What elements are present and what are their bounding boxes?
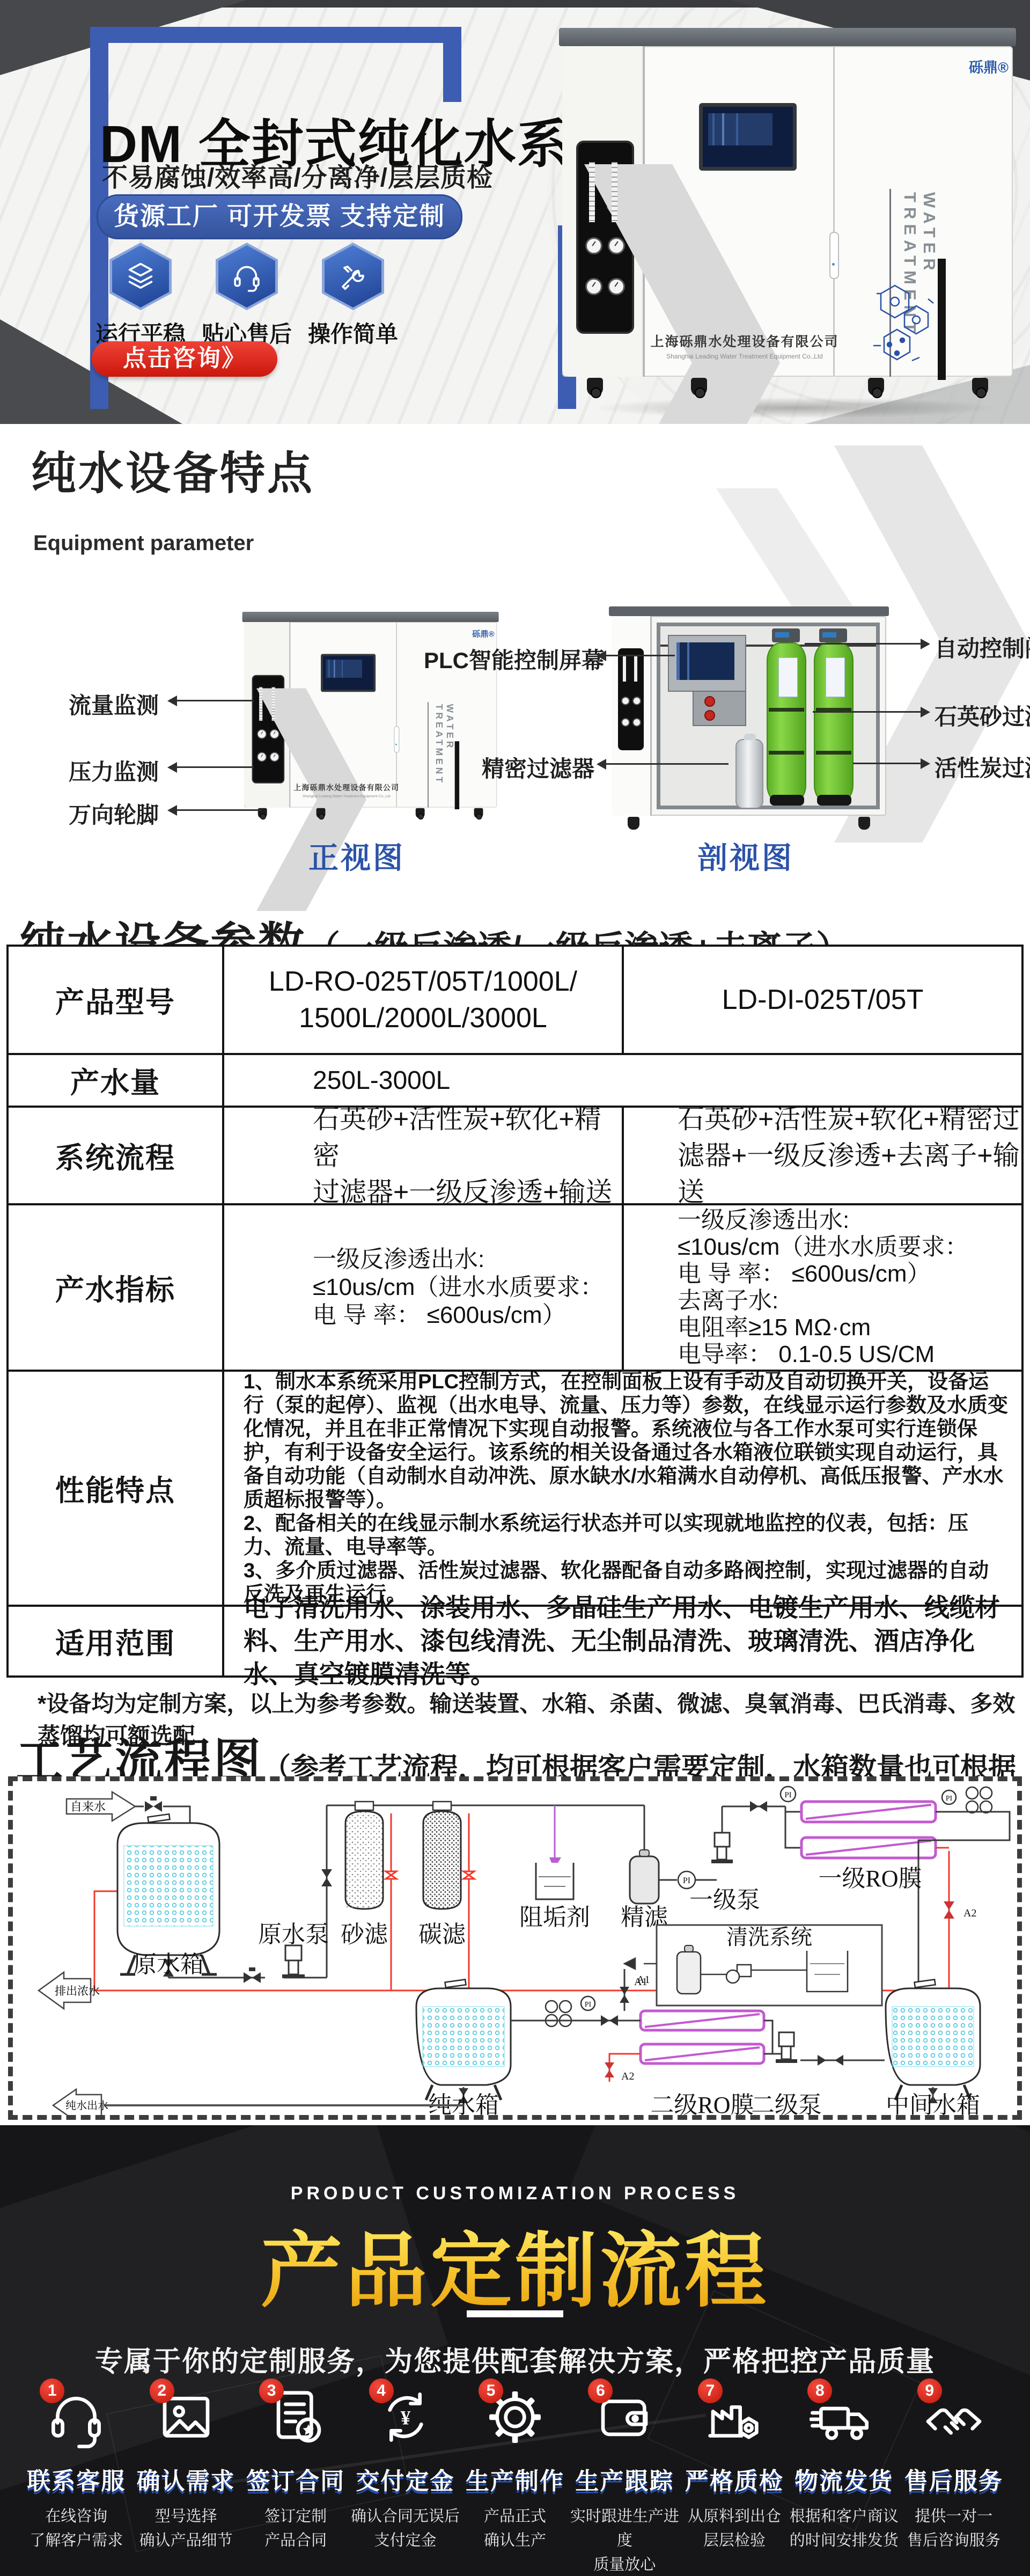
step-track: 6 生产跟踪 实时跟进生产进度 质量放心: [570, 2377, 679, 2576]
blue-frame-stub: [443, 27, 461, 102]
step-label: 签订合同: [241, 2462, 350, 2496]
badge-service: [216, 243, 278, 310]
company-cn: 上海砾鼎水处理设备有限公司: [648, 331, 841, 350]
cell-di: 一级反渗透出水: ≤10us/cm（进水水质要求： 电 导 率： ≤600us/…: [622, 1205, 1021, 1370]
table-row-process: 系统流程 石英砂+活性炭+软化+精密 过滤器+一级反渗透+输送 石英砂+活性炭+…: [9, 1106, 1021, 1203]
caster-wheel: [587, 378, 603, 396]
caster-wheel: [858, 817, 870, 830]
row-label: 产水指标: [9, 1205, 222, 1370]
pressure-gauge: [632, 697, 641, 705]
badge-stable: [109, 243, 172, 310]
machine-front: WATER TREATMENT 上海砾鼎水处理设备有限公司 Shanghai L…: [562, 28, 1013, 404]
a2-tag: A2: [621, 2070, 634, 2082]
row-label: 产品型号: [9, 947, 222, 1053]
callout-caster: 万向轮脚: [69, 797, 159, 830]
caster-wheel: [317, 808, 326, 818]
step-desc: 签订定制 产品合同: [241, 2505, 350, 2553]
step-number-badge: 9: [917, 2379, 942, 2403]
pressure-gauge: [257, 729, 267, 739]
hero-pill: 货源工厂 可开发票 支持定制: [97, 194, 462, 239]
flowmeter: [634, 656, 637, 682]
callout-line: [853, 763, 921, 764]
page: DM 全封式纯化水系统 不易腐蚀/效率高/分离净/层层质检 货源工厂 可开发票 …: [0, 0, 1030, 2576]
row-label: 适用范围: [9, 1607, 222, 1675]
callout-line: [605, 763, 729, 765]
a2-tag: A2: [963, 1907, 976, 1919]
door-handle: [394, 726, 399, 752]
machine-top-band: [242, 612, 499, 622]
fine-filter: [630, 1805, 677, 1904]
sand-label: 砂滤: [341, 1921, 388, 1948]
activated-carbon-filter-tank: [814, 642, 854, 803]
flow-diagram-box: 排出浓水 自来水 原水箱 原水箱: [8, 1776, 1022, 2120]
process-subtitle: 专属于你的定制服务，为您提供配套解决方案，严格把控产品质量: [0, 2339, 1030, 2379]
step-number-badge: 4: [369, 2379, 394, 2403]
cell-ro: 一级反渗透出水: ≤10us/cm（进水水质要求： 电 导 率： ≤600us/…: [222, 1205, 622, 1370]
pi-gauge: PI: [784, 1791, 791, 1799]
step-label: 生产制作: [460, 2462, 570, 2496]
pressure-gauge: [632, 718, 641, 727]
step-icon-wrap: 1: [42, 2383, 111, 2451]
tap-inlet: 自来水: [67, 1792, 190, 1824]
valve-knob: [704, 696, 715, 707]
caster-wheel: [868, 378, 884, 396]
caster-wheel: [691, 378, 707, 396]
pressure-gauge: [270, 729, 279, 739]
cutaway-view-caption: 剖视图: [697, 835, 794, 877]
process-steps: 1 联系客服 在线咨询 了解客户需求 2 确认需求: [21, 2377, 1009, 2576]
step-desc: 在线咨询 了解客户需求: [21, 2505, 131, 2553]
machine-top-band: [559, 28, 1016, 46]
features-subtitle-en: Equipment parameter: [33, 531, 254, 555]
drain-arrow-label: 排出浓水: [55, 1985, 100, 1997]
row-label: 性能特点: [9, 1372, 222, 1605]
antiscalant-doser: [536, 1805, 573, 1899]
intermediate-tank: [886, 1979, 980, 2103]
callout-quartz-tank: 石英砂过滤罐: [935, 699, 1030, 731]
badge-easy: [322, 243, 384, 310]
step-label: 物流发货: [789, 2462, 899, 2496]
callout-plc-screen: PLC智能控制屏幕: [424, 643, 604, 675]
machine-gauge-panel: [618, 648, 644, 750]
brand-logo: 砾鼎®: [472, 627, 494, 639]
pure-water-tank: [416, 1979, 511, 2105]
badge-label: 操作简单: [294, 317, 412, 349]
step-icon-wrap: 8: [810, 2383, 878, 2451]
callout-precision-filter: 精密过滤器: [482, 751, 594, 784]
cell-di: LD-DI-025T/05T: [622, 947, 1021, 1053]
flowmeter: [259, 687, 262, 721]
door-divider: [396, 623, 397, 807]
cell-ro: LD-RO-025T/05T/1000L/ 1500L/2000L/3000L: [222, 947, 622, 1053]
step-produce: 5: [460, 2377, 570, 2576]
step-icon-wrap: 5: [481, 2383, 549, 2451]
side-bar: [455, 741, 459, 809]
flowmeter: [272, 687, 275, 721]
cell-value: 250L-3000L: [222, 1055, 1021, 1106]
plc-screen: [321, 654, 376, 692]
mid-tank-label: 中间水箱: [886, 2092, 980, 2115]
step-desc: 根据和客户商议 的时间安排发货: [789, 2505, 899, 2553]
step-number-badge: 2: [150, 2379, 174, 2403]
machine-company: 上海砾鼎水处理设备有限公司 Shanghai Leading Water Tre…: [648, 331, 841, 360]
valve-plate: [693, 691, 746, 726]
flowmeter: [589, 162, 595, 222]
layers-icon: [122, 258, 159, 295]
machine-gauge-panel: [576, 141, 634, 334]
step-number-badge: 1: [40, 2379, 64, 2403]
callout-auto-valve: 自动控制阀头: [935, 631, 1030, 663]
pressure-gauge: [585, 278, 602, 295]
table-row-quality: 产水指标 一级反渗透出水: ≤10us/cm（进水水质要求： 电 导 率： ≤6…: [9, 1203, 1021, 1370]
door-handle: [829, 232, 839, 279]
table-row-application: 适用范围 电子清洗用水、涂装用水、多晶硅生产用水、电镀生产用水、线缆材料、生产用…: [9, 1605, 1021, 1675]
step-label: 严格质检: [680, 2462, 789, 2496]
carbon-label: 碳滤: [418, 1921, 466, 1948]
pump2-label: 二级泵: [751, 2092, 822, 2115]
process-title: 产品定制流程: [0, 2206, 1030, 2323]
cell-value: 1、制水本系统采用PLC控制方式，在控制面板上设有手动及自动切换开关，设备运行（…: [222, 1372, 1021, 1605]
side-rule: [428, 702, 429, 807]
plc-control-box: [668, 635, 746, 692]
pressure-gauge: [257, 752, 267, 762]
caster-wheel: [972, 378, 988, 396]
blue-frame-top: [90, 27, 461, 43]
svg-text:¥: ¥: [400, 2407, 410, 2429]
step-inspect: 7 严格质检 从原料到出仓 层层检验: [680, 2377, 789, 2576]
pi-gauge: PI: [585, 2001, 592, 2009]
step-icon-wrap: 3: [261, 2383, 330, 2451]
antiscalant-label: 阻垢剂: [519, 1904, 590, 1930]
cell-di: 石英砂+活性炭+软化+精密过 滤器+一级反渗透+去离子+输送: [622, 1108, 1021, 1203]
step-desc: 从原料到出仓 层层检验: [680, 2505, 789, 2553]
callout-line: [605, 655, 675, 656]
step-aftersale: 9 售后服务 提供一对一 售后咨询服务: [899, 2377, 1009, 2576]
pure-tank-label: 纯水箱: [428, 2092, 499, 2115]
company-en: Shanghai Leading Water Treatment Equipme…: [648, 353, 841, 360]
hero-subtitle: 不易腐蚀/效率高/分离净/层层质检: [102, 157, 493, 194]
stage2-pump: [772, 2032, 885, 2066]
pi-gauge: PI: [683, 1876, 690, 1885]
step-desc: 产品正式 确认生产: [460, 2505, 570, 2553]
custom-process-section: PRODUCT CUSTOMIZATION PROCESS 产品定制流程 专属于…: [0, 2125, 1030, 2576]
arrowhead: [921, 707, 930, 718]
outlet-arrow-label: 纯水出水: [65, 2099, 108, 2112]
consult-button[interactable]: 点击咨询》: [92, 341, 277, 377]
callout-flow-monitor: 流量监测: [69, 688, 159, 720]
row-label: 系统流程: [9, 1108, 222, 1203]
sand-filter: [345, 1802, 383, 1909]
table-row-performance: 性能特点 1、制水本系统采用PLC控制方式，在控制面板上设有手动及自动切换开关，…: [9, 1370, 1021, 1605]
ro2-label: 二级RO膜: [650, 2092, 754, 2115]
pressure-gauge: [621, 718, 630, 727]
carbon-filter: [423, 1802, 461, 1909]
company-cn: 上海砾鼎水处理设备有限公司: [292, 782, 401, 793]
callout-line: [176, 809, 262, 811]
step-label: 确认需求: [131, 2462, 240, 2496]
arrowhead: [921, 758, 930, 769]
step-sign: 3 签订合同 签订定制 产品合同: [241, 2377, 350, 2576]
pure-outlet: 纯水出水: [53, 2089, 464, 2115]
tank-band: [769, 708, 804, 712]
step-ship: 8 物流发货 根据和客户商议 的时间安排发货: [789, 2377, 899, 2576]
machine-top-band: [609, 606, 889, 616]
raw-tank-label: 原水箱: [133, 1951, 204, 1978]
precision-filter-cylinder: [735, 739, 763, 809]
auto-valve-head: [772, 628, 800, 642]
callout-pressure-monitor: 压力监测: [69, 755, 159, 787]
molecule-graphic: [863, 280, 959, 371]
step-label: 交付定金: [350, 2462, 460, 2496]
caster-wheel: [628, 817, 639, 830]
step-icon-wrap: 4 ¥: [371, 2383, 440, 2451]
step-icon-wrap: 6: [590, 2383, 659, 2451]
pressure-gauge: [608, 237, 625, 254]
tank-label-sticker: [826, 657, 845, 697]
caster-wheel: [416, 808, 425, 818]
step-contact: 1 联系客服 在线咨询 了解客户需求: [21, 2377, 131, 2576]
step-icon-wrap: 9: [919, 2383, 988, 2451]
flowmeter: [612, 162, 617, 222]
auto-valve-head: [819, 628, 847, 642]
company-en: Shanghai Leading Water Treatment Equipme…: [292, 794, 401, 798]
cell-value: 电子清洗用水、涂装用水、多晶硅生产用水、电镀生产用水、线缆材料、生产用水、漆包线…: [222, 1607, 1021, 1675]
tools-icon: [334, 258, 372, 295]
step-label: 售后服务: [899, 2462, 1009, 2496]
step-icon-wrap: 7: [700, 2383, 769, 2451]
headset-icon: [228, 258, 266, 295]
step-desc: 实时跟进生产进度 质量放心: [570, 2505, 679, 2576]
step-deposit: 4 ¥ 交付定金 确认合同无误后 支付定金: [350, 2377, 460, 2576]
table-row-model: 产品型号 LD-RO-025T/05T/1000L/ 1500L/2000L/3…: [9, 947, 1021, 1053]
step-number-badge: 8: [807, 2379, 832, 2403]
machine-gauge-panel: [252, 675, 285, 784]
raw-pump-label: 原水泵: [258, 1921, 329, 1948]
tank-label-sticker: [778, 657, 798, 697]
stage1-pump: PI: [678, 1801, 785, 1889]
flow-diagram: 排出浓水 自来水 原水箱 原水箱: [13, 1781, 1017, 2115]
step-confirm: 2 确认需求 型号选择 确认产品细节: [131, 2377, 240, 2576]
tank-band: [769, 751, 804, 755]
ro1-label: 一级RO膜: [818, 1865, 922, 1892]
stage2-gauges: PI: [546, 1996, 595, 2026]
callout-line: [176, 766, 254, 768]
caster-wheel: [474, 808, 483, 818]
step-desc: 确认合同无误后 支付定金: [350, 2505, 460, 2553]
cell-ro: 石英砂+活性炭+软化+精密 过滤器+一级反渗透+输送: [222, 1108, 622, 1203]
hero-machine-photo: WATER TREATMENT 上海砾鼎水处理设备有限公司 Shanghai L…: [562, 28, 1013, 404]
pressure-gauge: [585, 237, 602, 254]
params-table: 产品型号 LD-RO-025T/05T/1000L/ 1500L/2000L/3…: [6, 945, 1024, 1678]
hero-section: DM 全封式纯化水系统 不易腐蚀/效率高/分离净/层层质检 货源工厂 可开发票 …: [0, 0, 1030, 424]
valve-knob: [704, 710, 715, 721]
a1-tag: A1: [634, 1976, 647, 1988]
step-number-badge: 5: [479, 2379, 503, 2403]
cutaway-view-figure: [612, 606, 886, 831]
arrowhead: [921, 639, 930, 649]
step-label: 联系客服: [21, 2462, 131, 2496]
machine-interior: [657, 623, 880, 809]
flowmeter: [623, 656, 626, 682]
title-underline: [467, 2310, 563, 2317]
machine-company: 上海砾鼎水处理设备有限公司 Shanghai Leading Water Tre…: [292, 782, 401, 798]
plc-screen: [676, 642, 734, 680]
step-number-badge: 7: [698, 2379, 723, 2403]
pressure-gauge: [270, 752, 279, 762]
door-divider: [833, 47, 835, 376]
plc-screen: [699, 103, 797, 171]
callout-line: [813, 711, 921, 713]
callout-carbon-tank: 活性炭过滤罐: [935, 751, 1030, 783]
step-desc: 型号选择 确认产品细节: [131, 2505, 240, 2553]
table-row-capacity: 产水量 250L-3000L: [9, 1053, 1021, 1106]
pressure-gauge: [621, 697, 630, 705]
cip-label: 清洗系统: [726, 1925, 812, 1949]
cip-system: A1 清洗系统: [624, 1925, 882, 2006]
tank-base: [817, 795, 851, 806]
side-text: WATER TREATMENT: [433, 704, 455, 809]
brand-logo: 砾鼎®: [969, 56, 1009, 77]
row-label: 产水量: [9, 1055, 222, 1106]
callout-line: [176, 700, 254, 701]
quartz-sand-filter-tank: [767, 642, 806, 803]
step-number-badge: 3: [259, 2379, 284, 2403]
pump1-label: 一级泵: [689, 1887, 760, 1913]
pressure-gauge: [608, 278, 625, 295]
tap-arrow-label: 自来水: [70, 1800, 106, 1813]
front-view-caption: 正视图: [308, 835, 405, 877]
step-label: 生产跟踪: [570, 2462, 679, 2496]
step-desc: 提供一对一 售后咨询服务: [899, 2505, 1009, 2553]
pi-gauge: PI: [946, 1795, 953, 1803]
tank-band: [816, 751, 851, 755]
callout-line: [805, 643, 921, 645]
tank-base: [770, 795, 804, 806]
features-title: 纯水设备特点: [31, 437, 314, 502]
process-eyebrow: PRODUCT CUSTOMIZATION PROCESS: [0, 2183, 1030, 2204]
step-icon-wrap: 2: [152, 2383, 220, 2451]
